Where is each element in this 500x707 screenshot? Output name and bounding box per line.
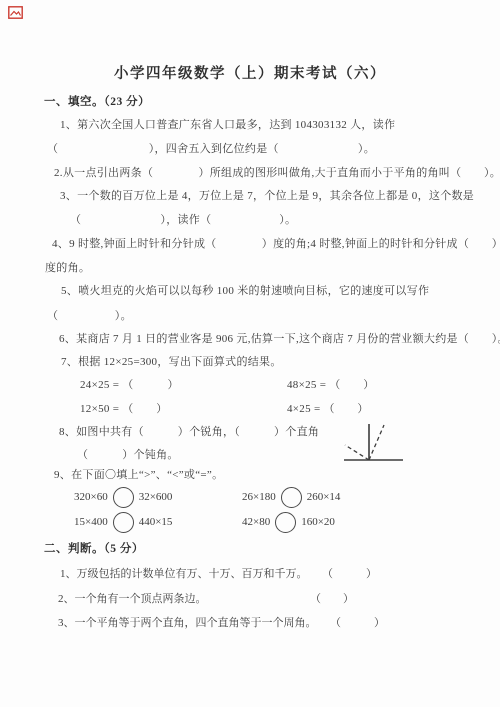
comparison-right: 440×15 (139, 516, 173, 528)
section2-heading: 二、判断。（5 分） (44, 540, 144, 556)
section1-heading: 一、填空。（23 分） (44, 93, 150, 109)
comparison-right: 32×600 (139, 491, 173, 503)
q5-line1: 5、喷火坦克的火焰可以以每秒 100 米的射速喷向目标，它的速度可以写作 (61, 284, 429, 299)
comparison-item: 320×60 32×600 (74, 486, 172, 508)
q7-result-1a: 24×25 = （ ） (80, 378, 179, 393)
q7-result-1b: 48×25 = （ ） (287, 378, 375, 393)
judgment-answer-blank[interactable]: （ ） (330, 614, 385, 630)
q7-result-2a: 12×50 = （ ） (80, 402, 168, 417)
compare-circle-blank[interactable] (113, 487, 134, 508)
q3-line2: （ ），读作（ ）。 (70, 213, 296, 228)
q4-line2: 度的角。 (45, 261, 90, 276)
comparison-left: 42×80 (242, 516, 270, 528)
q2-line1: 2.从一点引出两条（ ）所组成的图形叫做角,大于直角而小于平角的角叫（ ）。 (54, 166, 500, 181)
judgment-answer-blank[interactable]: （ ） (310, 590, 354, 606)
comparison-left: 15×400 (74, 516, 108, 528)
comparison-right: 160×20 (301, 516, 335, 528)
comparison-item: 26×180 260×14 (242, 486, 340, 508)
q8-line2: （ ）个钝角。 (77, 448, 179, 463)
judgment-text: 1、万级包括的计数单位有万、十万、百万和千万。 (60, 565, 308, 581)
compare-circle-blank[interactable] (281, 487, 302, 508)
comparison-item: 42×80 160×20 (242, 511, 335, 533)
compare-circle-blank[interactable] (275, 512, 296, 533)
q7-result-2b: 4×25 = （ ） (287, 402, 369, 417)
angle-diagram (333, 416, 428, 468)
exam-paper-page: 小学四年级数学（上）期末考试（六） 一、填空。（23 分） 1、第六次全国人口普… (0, 0, 500, 707)
q1-line1: 1、第六次全国人口普查广东省人口最多，达到 104303132 人，读作 (60, 118, 395, 133)
q9-line1: 9、在下面〇填上“>”、“<”或“=”。 (54, 468, 223, 483)
judgment-answer-blank[interactable]: （ ） (322, 565, 377, 581)
compare-circle-blank[interactable] (113, 512, 134, 533)
q5-line2: （ ）。 (47, 309, 132, 324)
q4-line1: 4、9 时整,钟面上时针和分针成（ ）度的角;4 时整,钟面上的时针和分针成（ … (52, 237, 500, 252)
comparison-item: 15×400 440×15 (74, 511, 172, 533)
judgment-row: 2、一个角有一个顶点两条边。 （ ） (0, 590, 500, 606)
page-title: 小学四年级数学（上）期末考试（六） (0, 62, 500, 83)
broken-image-icon (8, 6, 23, 19)
comparison-left: 320×60 (74, 491, 108, 503)
judgment-text: 2、一个角有一个顶点两条边。 (58, 590, 207, 606)
judgment-row: 1、万级包括的计数单位有万、十万、百万和千万。 （ ） (0, 565, 500, 581)
comparison-left: 26×180 (242, 491, 276, 503)
q3-line1: 3、一个数的百万位上是 4，万位上是 7，个位上是 9，其余各位上都是 0，这个… (60, 189, 474, 204)
q1-line2: （ ），四舍五入到亿位约是（ ）。 (47, 142, 375, 157)
q8-line1: 8、如图中共有（ ）个锐角，（ ）个直角 (59, 425, 319, 440)
judgment-text: 3、一个平角等于两个直角，四个直角等于一个周角。 (58, 614, 317, 630)
comparison-right: 260×14 (307, 491, 341, 503)
q7-line1: 7、根据 12×25=300，写出下面算式的结果。 (61, 355, 282, 370)
judgment-row: 3、一个平角等于两个直角，四个直角等于一个周角。 （ ） (0, 614, 500, 630)
q6-line1: 6、某商店 7 月 1 日的营业客是 906 元,估算一下,这个商店 7 月份的… (59, 332, 500, 347)
